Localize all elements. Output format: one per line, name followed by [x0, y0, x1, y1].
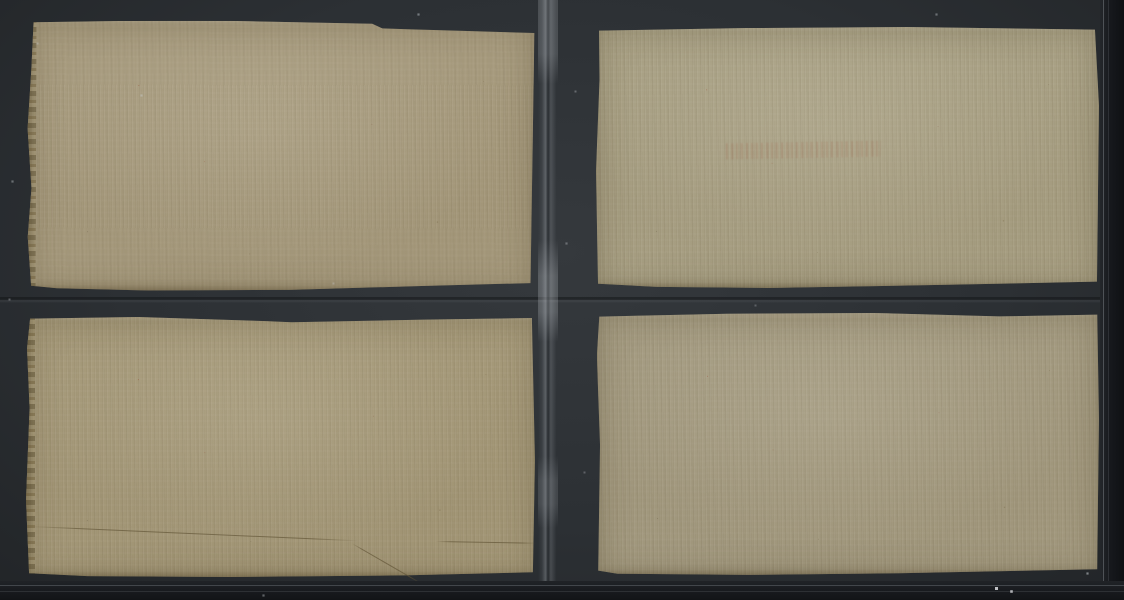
dust-specks	[0, 0, 1, 1]
paper-speckles	[26, 317, 537, 578]
blank-card-top-right	[596, 27, 1099, 289]
sleeve-horizontal-seam	[0, 297, 1124, 303]
sleeve-vertical-seam	[538, 0, 558, 600]
sleeve-right-edge	[1100, 0, 1124, 600]
sleeve-bottom-edge	[0, 581, 1124, 600]
blank-card-top-left	[27, 20, 535, 293]
paper-speckles	[597, 313, 1100, 577]
card-sleeve-photo	[0, 0, 1124, 600]
blank-card-bottom-left	[26, 317, 537, 578]
blank-card-bottom-right	[597, 313, 1100, 577]
paper-speckles	[27, 20, 535, 293]
paper-speckles	[596, 27, 1099, 289]
ink-smudge	[726, 141, 881, 160]
